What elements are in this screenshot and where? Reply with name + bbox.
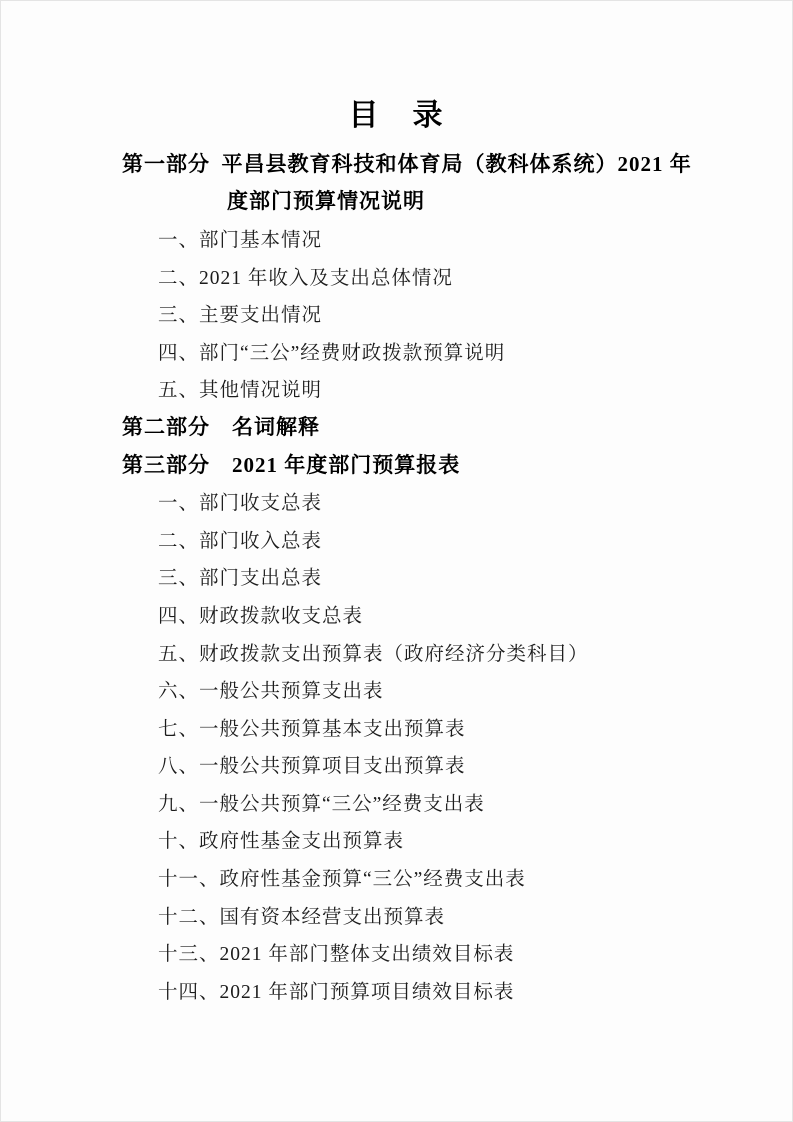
toc-item: 一、部门基本情况 — [0, 219, 793, 257]
toc-item: 四、部门“三公”经费财政拨款预算说明 — [0, 332, 793, 370]
toc-body: 第一部分 平昌县教育科技和体育局（教科体系统）2021 年 度部门预算情况说明 … — [0, 144, 793, 1009]
toc-item: 五、财政拨款支出预算表（政府经济分类科目） — [0, 633, 793, 671]
toc-item: 五、其他情况说明 — [0, 370, 793, 408]
toc-item: 十四、2021 年部门预算项目绩效目标表 — [0, 971, 793, 1009]
toc-item: 六、一般公共预算支出表 — [0, 670, 793, 708]
toc-item: 十二、国有资本经营支出预算表 — [0, 896, 793, 934]
toc-item: 三、主要支出情况 — [0, 294, 793, 332]
part2-heading: 第二部分 名词解释 — [0, 407, 793, 445]
toc-item: 十、政府性基金支出预算表 — [0, 821, 793, 859]
toc-item: 二、部门收入总表 — [0, 520, 793, 558]
toc-item: 一、部门收支总表 — [0, 482, 793, 520]
part1-heading-line2: 度部门预算情况说明 — [0, 182, 793, 220]
part3-heading: 第三部分 2021 年度部门预算报表 — [0, 445, 793, 483]
toc-item: 十一、政府性基金预算“三公”经费支出表 — [0, 858, 793, 896]
toc-item: 七、一般公共预算基本支出预算表 — [0, 708, 793, 746]
toc-item: 九、一般公共预算“三公”经费支出表 — [0, 783, 793, 821]
toc-item: 十三、2021 年部门整体支出绩效目标表 — [0, 933, 793, 971]
toc-item: 八、一般公共预算项目支出预算表 — [0, 746, 793, 784]
page-title: 目 录 — [0, 0, 793, 144]
part1-heading-line1: 第一部分 平昌县教育科技和体育局（教科体系统）2021 年 — [0, 144, 793, 182]
toc-item: 三、部门支出总表 — [0, 558, 793, 596]
toc-item: 二、2021 年收入及支出总体情况 — [0, 257, 793, 295]
toc-page: 目 录 第一部分 平昌县教育科技和体育局（教科体系统）2021 年 度部门预算情… — [0, 0, 793, 1122]
toc-item: 四、财政拨款收支总表 — [0, 595, 793, 633]
